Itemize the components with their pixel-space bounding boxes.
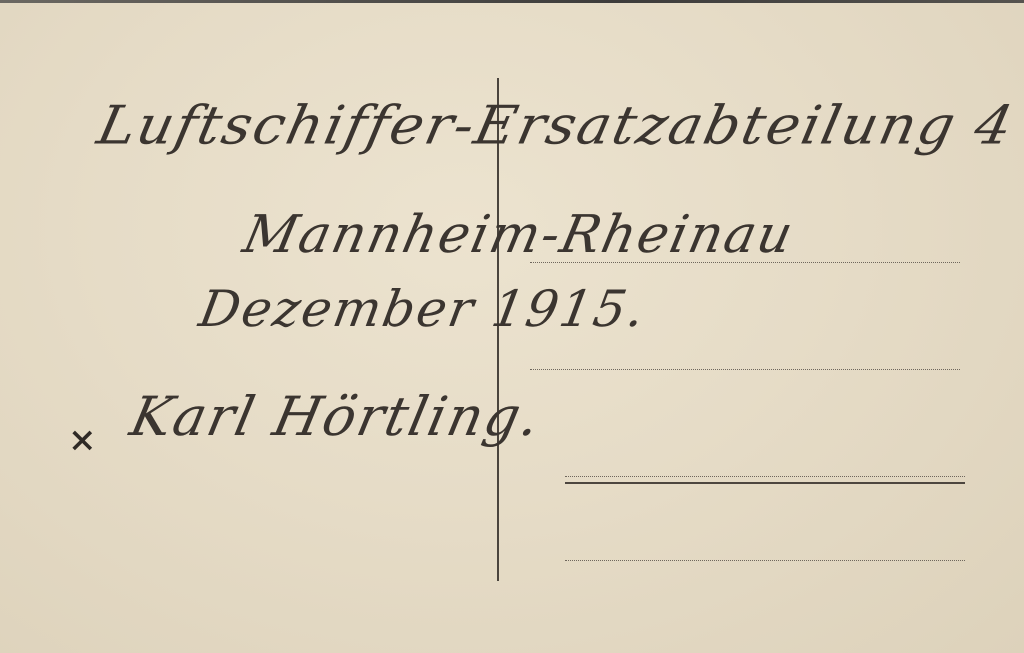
address-line-3 (565, 476, 965, 477)
address-line-4 (565, 560, 965, 561)
postcard-back: Luftschiffer-Ersatzabteilung 4 Mannheim-… (0, 0, 1024, 653)
address-line-2 (530, 369, 960, 370)
handwritten-signature: Karl Hörtling. (125, 385, 547, 448)
handwritten-place-line: Mannheim-Rheinau (238, 205, 800, 265)
handwritten-unit-line: Luftschiffer-Ersatzabteilung 4 (92, 95, 1020, 157)
address-underline (565, 482, 965, 484)
handwritten-date-line: Dezember 1915. (195, 280, 651, 338)
cross-mark: × (68, 420, 99, 460)
photo-top-edge (0, 0, 1024, 3)
